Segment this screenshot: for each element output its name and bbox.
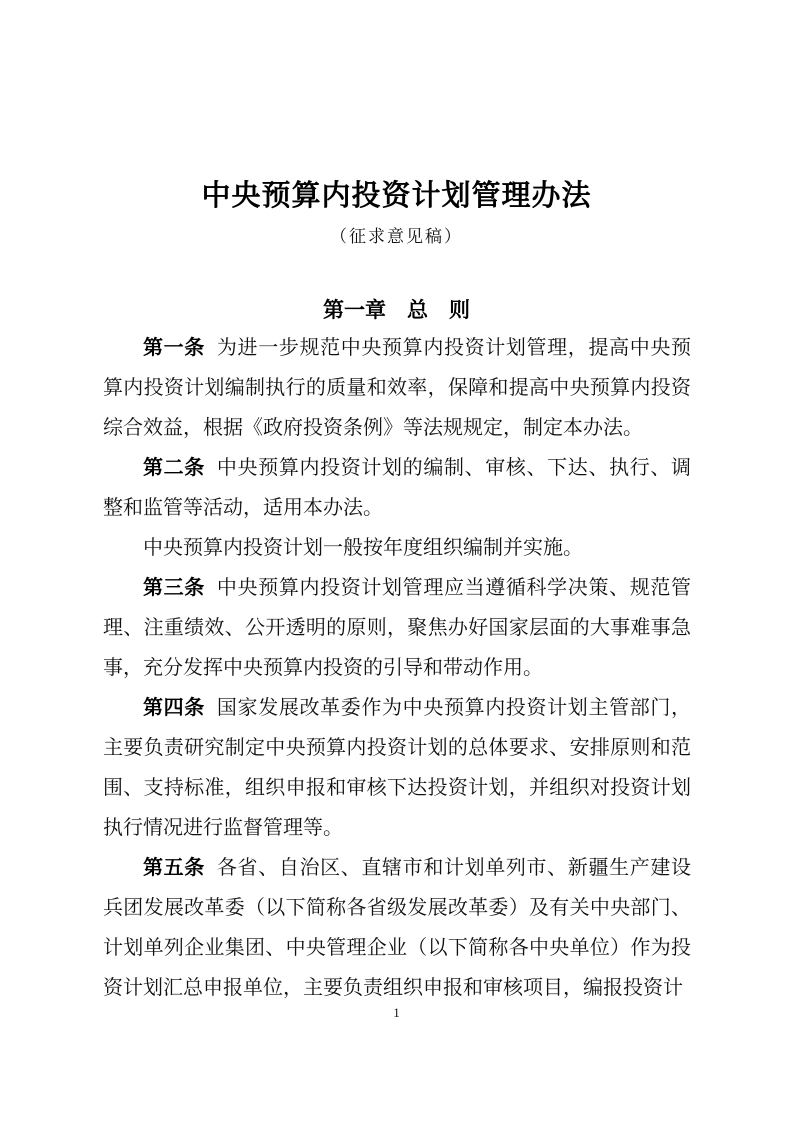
page-number: 1 bbox=[0, 1004, 793, 1022]
chapter-heading: 第一章 总 则 bbox=[0, 298, 793, 323]
paragraph-article-3: 第三条中央预算内投资计划管理应当遵循科学决策、规范管理、注重绩效、公开透明的原则… bbox=[103, 568, 691, 688]
document-page: 中央预算内投资计划管理办法 （征求意见稿） 第一章 总 则 第一条为进一步规范中… bbox=[0, 0, 793, 1122]
article-4-label: 第四条 bbox=[143, 697, 205, 719]
article-2-continued-text: 中央预算内投资计划一般按年度组织编制并实施。 bbox=[143, 537, 583, 559]
article-2-label: 第二条 bbox=[143, 457, 205, 479]
paragraph-article-5: 第五条各省、自治区、直辖市和计划单列市、新疆生产建设兵团发展改革委（以下简称各省… bbox=[103, 848, 691, 1008]
article-1-label: 第一条 bbox=[143, 337, 205, 359]
paragraph-article-4: 第四条国家发展改革委作为中央预算内投资计划主管部门，主要负责研究制定中央预算内投… bbox=[103, 688, 691, 848]
paragraph-article-2: 第二条中央预算内投资计划的编制、审核、下达、执行、调整和监管等活动，适用本办法。 bbox=[103, 448, 691, 528]
document-body: 第一条为进一步规范中央预算内投资计划管理，提高中央预算内投资计划编制执行的质量和… bbox=[0, 328, 793, 1008]
article-3-label: 第三条 bbox=[143, 577, 205, 599]
document-subtitle: （征求意见稿） bbox=[0, 226, 793, 248]
paragraph-article-2-continued: 中央预算内投资计划一般按年度组织编制并实施。 bbox=[103, 528, 691, 568]
paragraph-article-1: 第一条为进一步规范中央预算内投资计划管理，提高中央预算内投资计划编制执行的质量和… bbox=[103, 328, 691, 448]
article-5-label: 第五条 bbox=[143, 857, 205, 879]
document-title: 中央预算内投资计划管理办法 bbox=[0, 180, 793, 213]
